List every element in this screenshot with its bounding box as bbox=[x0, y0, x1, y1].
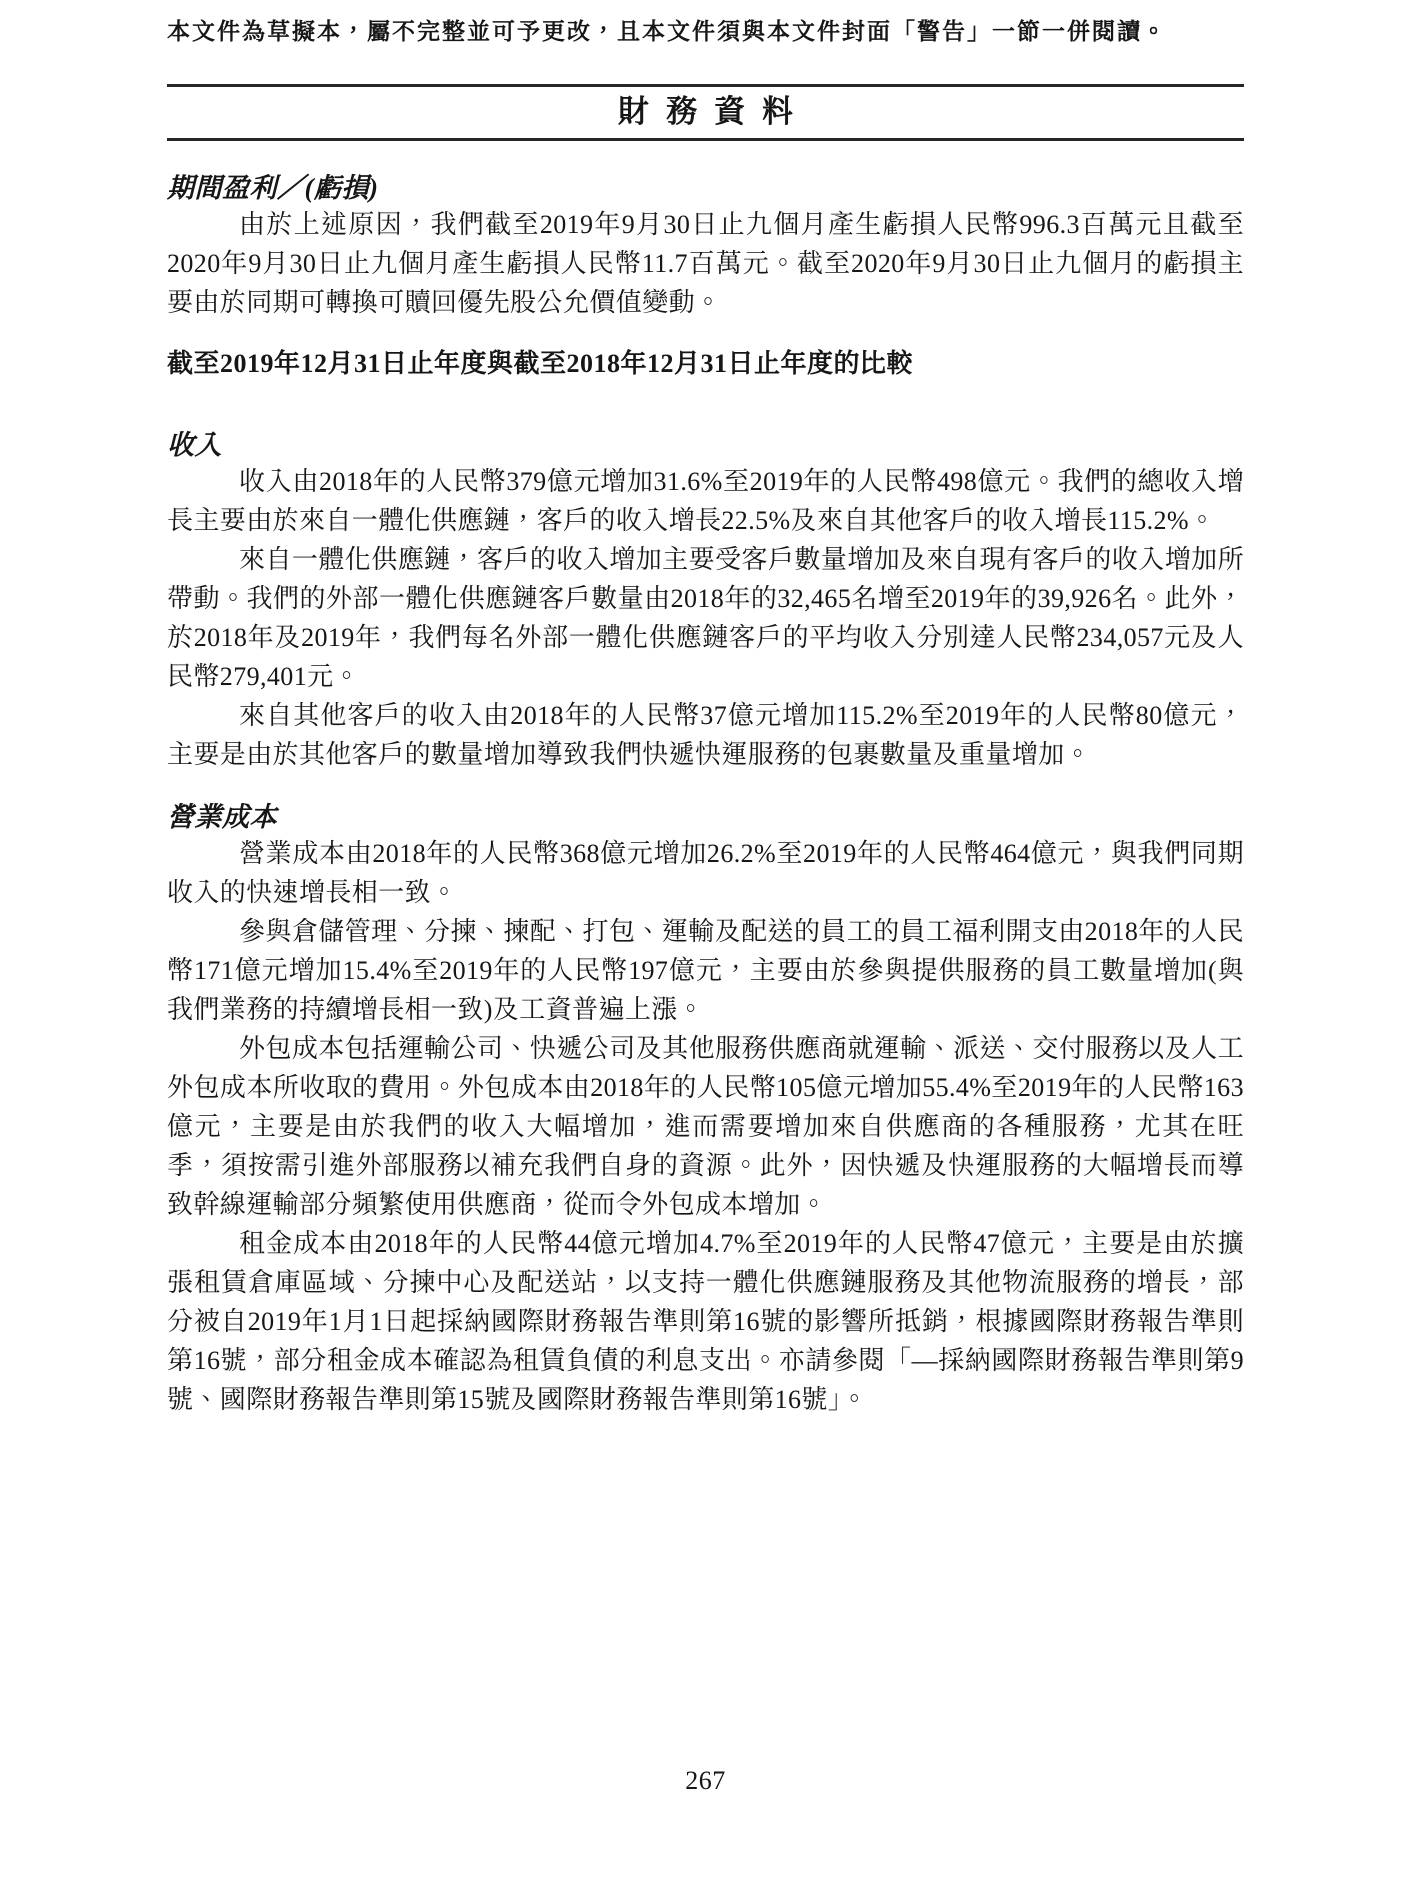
heading-operating-cost: 營業成本 bbox=[167, 800, 1244, 834]
document-page: 本文件為草擬本，屬不完整並可予更改，且本文件須與本文件封面「警告」一節一併閱讀。… bbox=[0, 0, 1411, 1881]
heading-period-profit-loss: 期間盈利／(虧損) bbox=[167, 171, 1244, 205]
paragraph-other-customers: 來自其他客戶的收入由2018年的人民幣37億元增加115.2%至2019年的人民… bbox=[167, 696, 1244, 774]
paragraph-staff-welfare: 參與倉儲管理、分揀、揀配、打包、運輸及配送的員工的員工福利開支由2018年的人民… bbox=[167, 912, 1244, 1029]
title-rule-bottom bbox=[167, 138, 1244, 141]
paragraph-net-loss: 由於上述原因，我們截至2019年9月30日止九個月產生虧損人民幣996.3百萬元… bbox=[167, 205, 1244, 322]
paragraph-rental-cost: 租金成本由2018年的人民幣44億元增加4.7%至2019年的人民幣47億元，主… bbox=[167, 1224, 1244, 1419]
page-number: 267 bbox=[0, 1766, 1411, 1796]
heading-yoy-comparison: 截至2019年12月31日止年度與截至2018年12月31日止年度的比較 bbox=[167, 346, 1244, 382]
paragraph-outsourcing-cost: 外包成本包括運輸公司、快遞公司及其他服務供應商就運輸、派送、交付服務以及人工外包… bbox=[167, 1029, 1244, 1224]
section-title: 財務資料 bbox=[167, 87, 1244, 138]
paragraph-isc-customers: 來自一體化供應鏈，客戶的收入增加主要受客戶數量增加及來自現有客戶的收入增加所帶動… bbox=[167, 540, 1244, 696]
heading-revenue: 收入 bbox=[167, 428, 1244, 462]
draft-disclaimer: 本文件為草擬本，屬不完整並可予更改，且本文件須與本文件封面「警告」一節一併閱讀。 bbox=[167, 0, 1244, 47]
paragraph-operating-cost: 營業成本由2018年的人民幣368億元增加26.2%至2019年的人民幣464億… bbox=[167, 834, 1244, 912]
paragraph-revenue-total: 收入由2018年的人民幣379億元增加31.6%至2019年的人民幣498億元。… bbox=[167, 462, 1244, 540]
